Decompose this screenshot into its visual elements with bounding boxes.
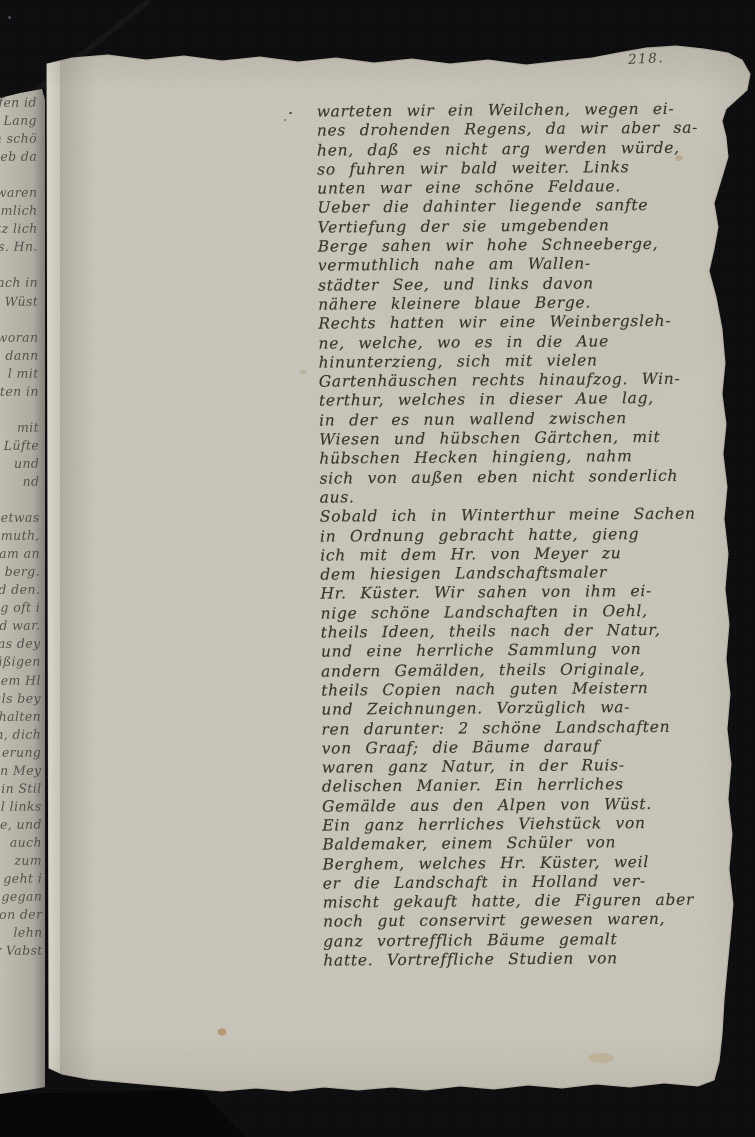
facing-page-text-fragments: fen idte LangAm schöNieb dawarennmlichPt… <box>0 94 45 1035</box>
handwriting-block: warteten wir ein Weilchen, wegen ei-nes … <box>317 99 726 970</box>
fragment-line: Ptz lich <box>0 220 38 239</box>
fragment-line: ten in <box>0 382 39 401</box>
fragment-line: lehn <box>0 924 43 943</box>
handwritten-line: Rechts hatten wir eine Weinbergsleh- <box>318 312 720 334</box>
fragment-line: als bey <box>0 689 41 708</box>
book-scan: fen idte LangAm schöNieb dawarennmlichPt… <box>0 0 755 1137</box>
cloth-shadow <box>0 1090 245 1137</box>
fragment-line: g oft i <box>0 599 40 618</box>
handwritten-line: nes drohenden Regens, da wir aber sa- <box>317 119 719 141</box>
fragment-line: zum <box>0 852 42 871</box>
fragment-line: die Lüfte <box>0 436 39 455</box>
fragment-line: dann <box>0 346 39 365</box>
handwritten-line: hen, daß es nicht arg werden würde, <box>317 138 719 160</box>
fragment-line: nmlich <box>0 202 38 221</box>
fragment-line: woran <box>0 328 38 347</box>
fragment-line: herung <box>0 743 41 762</box>
paragraph: warteten wir ein Weilchen, wegen ei-nes … <box>317 99 722 507</box>
fragment-line: auch <box>0 834 42 853</box>
fragment-line: muth, <box>0 527 40 546</box>
paragraph: Sobald ich in Winterthur meine Sachenin … <box>320 505 726 971</box>
fragment-line: ken Mey <box>0 761 42 780</box>
handwritten-line: sich von außen eben nicht sonderlich <box>319 466 721 488</box>
fragment-line: dem Hl <box>0 671 41 690</box>
fragment-line <box>0 166 37 185</box>
fragment-line: halten <box>0 707 41 726</box>
fragment-line: berg. <box>0 563 40 582</box>
fragment-line: nd <box>0 473 39 492</box>
fragment-line: Hs. Hn. <box>0 238 38 257</box>
fragment-line: Wüst <box>0 292 38 311</box>
page-number: 218. <box>628 50 665 68</box>
fragment-line: von der <box>0 906 43 925</box>
handwritten-line: Gartenhäuschen rechts hinaufzog. Win- <box>319 370 721 392</box>
fragment-line: nach in <box>0 274 38 293</box>
fragment-line: etwas <box>0 509 40 528</box>
fragment-line: mit <box>0 418 39 437</box>
dust-speck <box>8 16 11 19</box>
fragment-line: geht i <box>0 870 42 889</box>
handwritten-line: ren darunter: 2 schöne Landschaften <box>321 717 723 739</box>
fragment-line: l mit <box>0 364 39 383</box>
fragment-line: l links <box>0 797 42 816</box>
fragment-line: te Lang <box>0 112 37 131</box>
fragment-line: in Stil <box>0 779 42 798</box>
fragment-line <box>0 491 40 510</box>
fragment-line: Nieb da <box>0 148 37 167</box>
handwritten-line: hatte. Vortreffliche Studien von <box>323 948 725 970</box>
fragment-line: gegan <box>0 888 42 907</box>
fragment-line: mäßigen <box>0 653 41 672</box>
fragment-line: l das dey <box>0 635 41 654</box>
fragment-line: waren <box>0 184 37 203</box>
fragment-line: am an <box>0 545 40 564</box>
fragment-line: der Vabst <box>0 942 43 961</box>
fragment-line: d war. <box>0 617 40 636</box>
fragment-line <box>0 256 38 275</box>
fragment-line <box>0 400 39 419</box>
fragment-line: ge, und <box>0 815 42 834</box>
ink-speck <box>284 119 286 121</box>
fragment-line: n, dich <box>0 725 41 744</box>
fragment-line: und <box>0 455 39 474</box>
handwritten-line: Sobald ich in Winterthur meine Sachen <box>320 505 722 527</box>
fragment-line: nd den. <box>0 581 40 600</box>
handwritten-line: noch gut conservirt gewesen waren, <box>323 910 725 932</box>
fragment-line: fen id <box>0 94 37 113</box>
ink-speck <box>289 112 292 114</box>
fragment-line: Am schö <box>0 130 37 149</box>
fragment-line <box>0 310 38 329</box>
